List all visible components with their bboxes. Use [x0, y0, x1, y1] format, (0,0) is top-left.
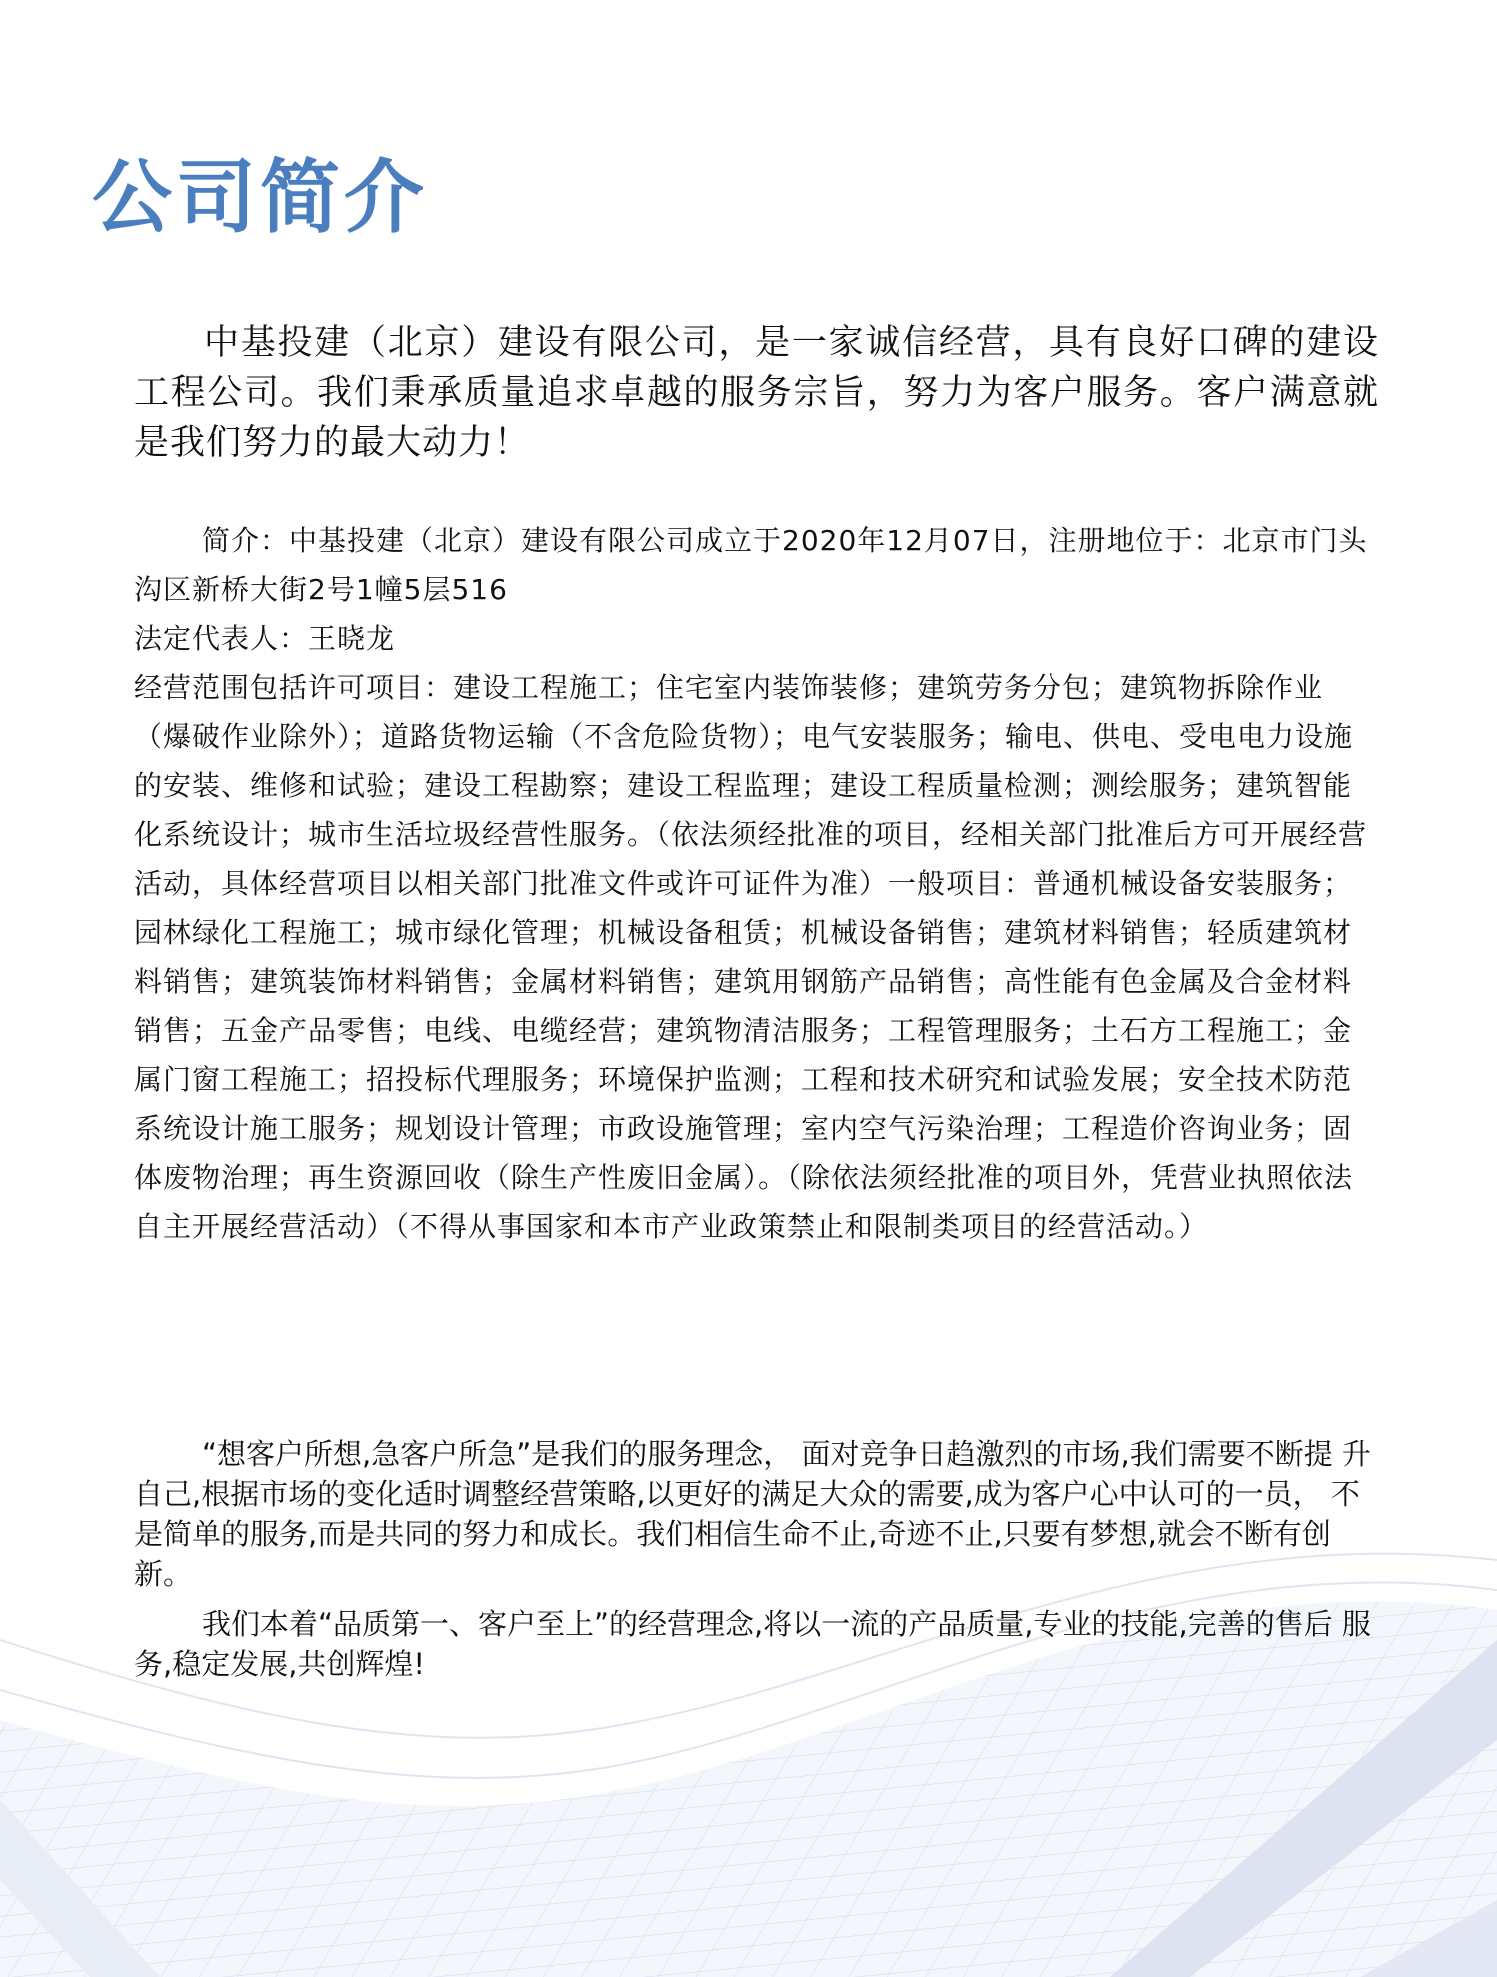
registration-info: 简介：中基投建（北京）建设有限公司成立于2020年12月07日，注册地位于：北京… — [134, 516, 1379, 614]
intro-paragraph: 中基投建（北京）建设有限公司，是一家诚信经营，具有良好口碑的建设工程公司。我们秉… — [134, 318, 1379, 468]
philosophy-paragraph-2: 我们本着“品质第一、客户至上”的经营理念,将以一流的产品质量,专业的技能,完善的… — [134, 1604, 1384, 1684]
company-details: 简介：中基投建（北京）建设有限公司成立于2020年12月07日，注册地位于：北京… — [134, 516, 1379, 1251]
page-title: 公司简介 — [92, 158, 428, 238]
service-philosophy: “想客户所想,急客户所急”是我们的服务理念， 面对竞争日趋激烈的市场,我们需要不… — [134, 1434, 1384, 1684]
business-scope: 经营范围包括许可项目：建设工程施工；住宅室内装饰装修；建筑劳务分包；建筑物拆除作… — [134, 663, 1379, 1251]
legal-representative: 法定代表人：王晓龙 — [134, 614, 1379, 663]
philosophy-paragraph-1: “想客户所想,急客户所急”是我们的服务理念， 面对竞争日趋激烈的市场,我们需要不… — [134, 1434, 1384, 1594]
